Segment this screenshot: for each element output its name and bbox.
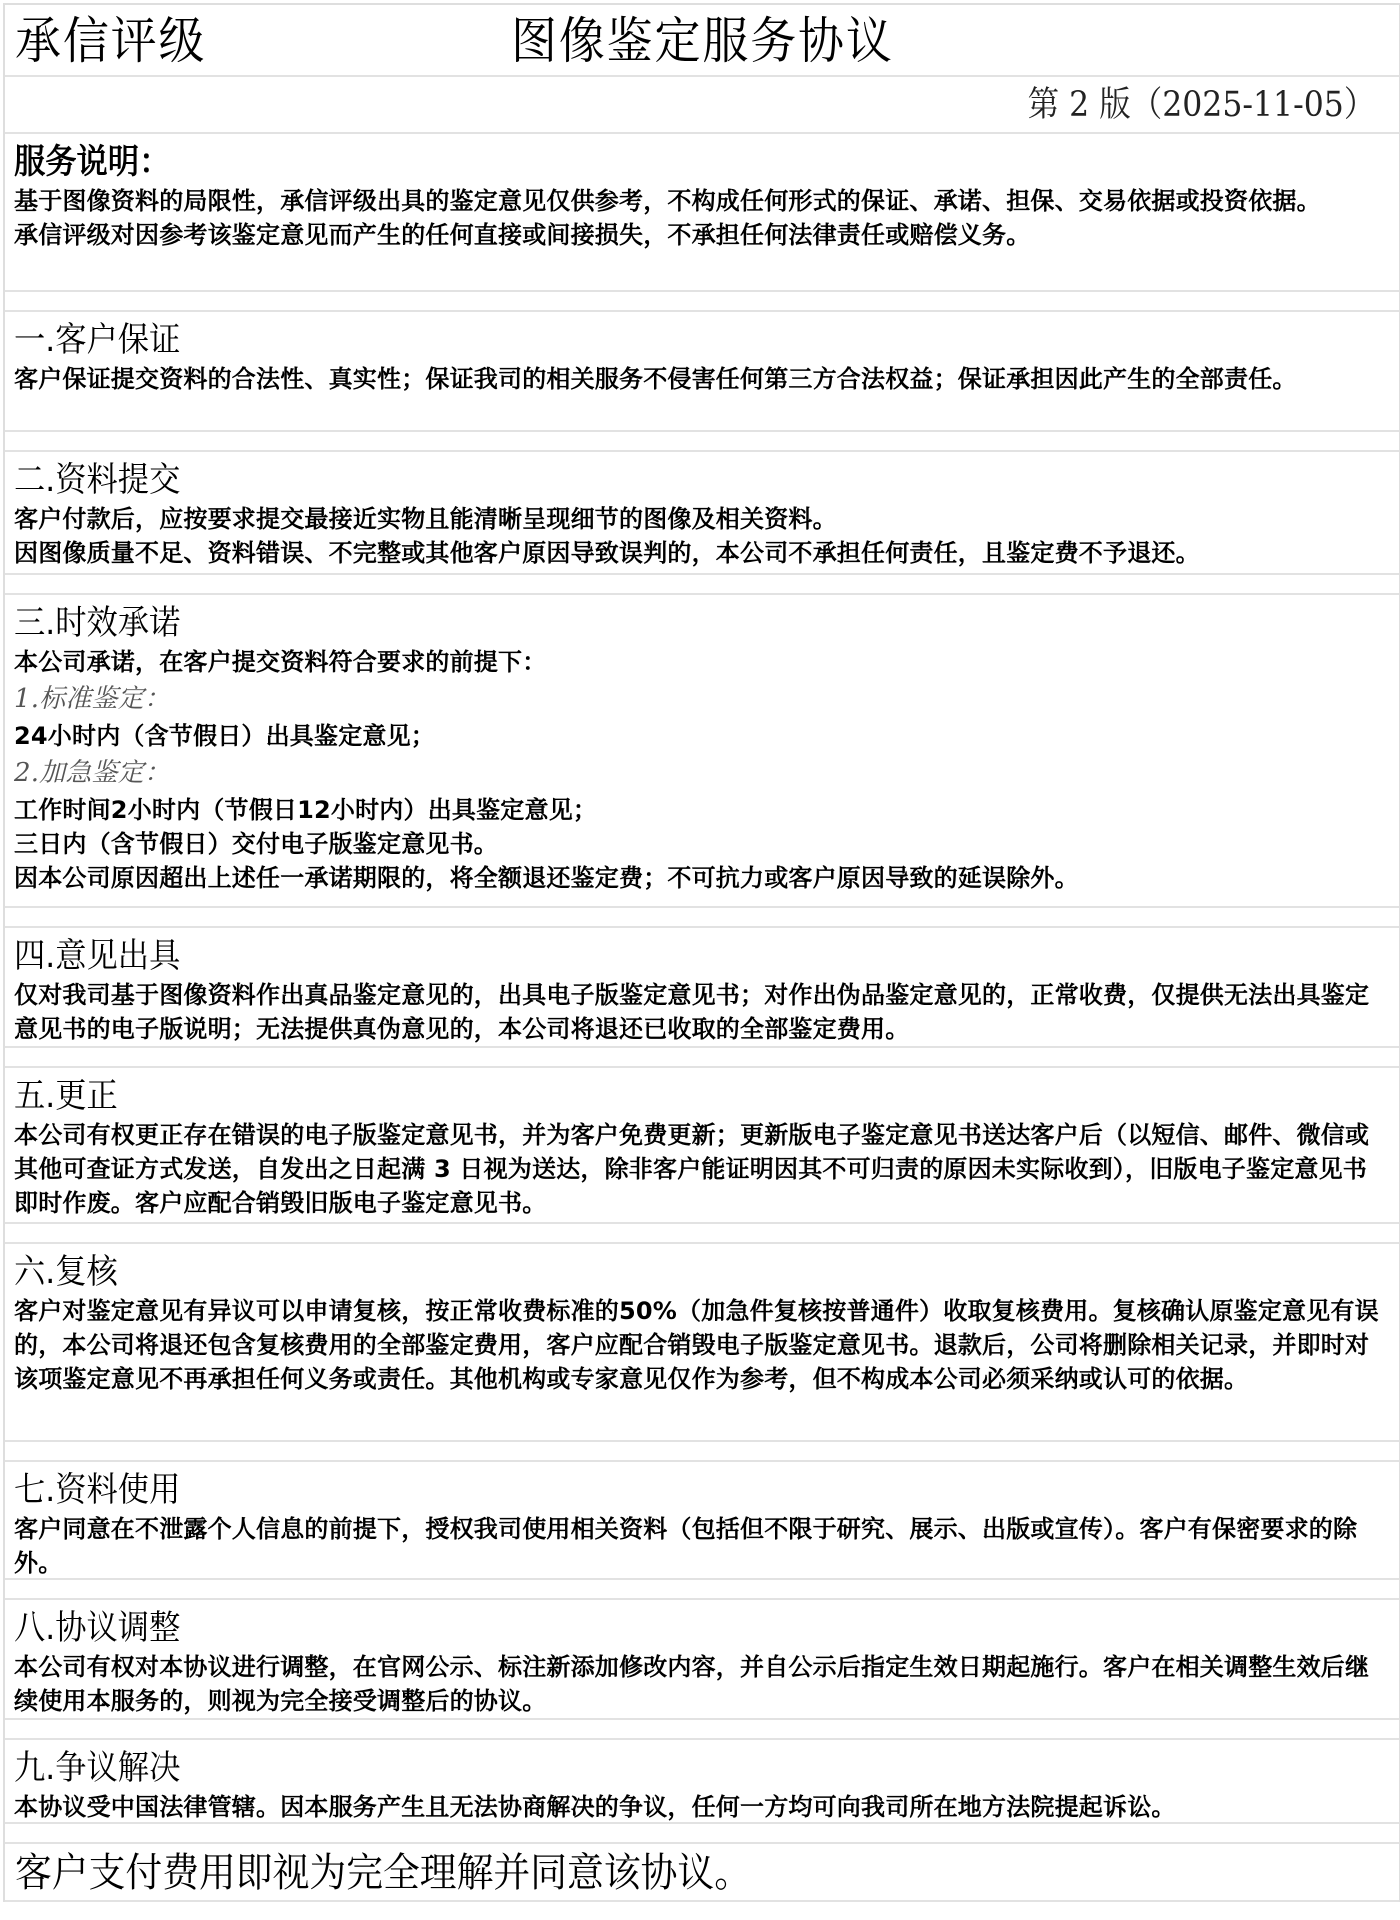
section-heading: 服务说明： <box>14 140 1288 184</box>
section-material-usage: 七.资料使用 客户同意在不泄露个人信息的前提下，授权我司使用相关资料（包括但不限… <box>5 1462 1399 1580</box>
section-paragraph: 因图像质量不足、资料错误、不完整或其他客户原因导致误判的，本公司不承担任何责任，… <box>14 536 1399 570</box>
spacer-row <box>5 908 1399 928</box>
section-paragraph: 本公司有权对本协议进行调整，在官网公示、标注新添加修改内容，并自公示后指定生效日… <box>14 1650 1399 1718</box>
document-title: 图像鉴定服务协议 <box>511 11 894 71</box>
section-paragraph: 工作时间2小时内（节假日12小时内）出具鉴定意见； <box>14 793 1399 827</box>
section-dispute-resolution: 九.争议解决 本协议受中国法律管辖。因本服务产生且无法协商解决的争议，任何一方均… <box>5 1740 1399 1824</box>
section-paragraph: 承信评级对因参考该鉴定意见而产生的任何直接或间接损失，不承担任何法律责任或赔偿义… <box>14 218 1399 252</box>
spacer-row <box>5 1824 1399 1844</box>
section-intro: 服务说明： 基于图像资料的局限性，承信评级出具的鉴定意见仅供参考，不构成任何形式… <box>5 134 1399 292</box>
spacer-row <box>5 1580 1399 1600</box>
section-review: 六.复核 客户对鉴定意见有异议可以申请复核，按正常收费标准的50%（加急件复核按… <box>5 1244 1399 1442</box>
section-correction: 五.更正 本公司有权更正存在错误的电子版鉴定意见书，并为客户免费更新；更新版电子… <box>5 1068 1399 1224</box>
section-heading: 三.时效承诺 <box>14 601 1288 645</box>
acceptance-statement: 客户支付费用即视为完全理解并同意该协议。 <box>15 1848 751 1898</box>
section-heading: 四.意见出具 <box>14 934 1288 978</box>
spacer-row <box>5 1224 1399 1244</box>
section-material-submission: 二.资料提交 客户付款后，应按要求提交最接近实物且能清晰呈现细节的图像及相关资料… <box>5 452 1399 575</box>
spacer-row <box>5 1720 1399 1740</box>
version-row: 第 2 版（2025-11-05） <box>5 77 1399 134</box>
section-heading: 七.资料使用 <box>14 1468 1288 1512</box>
version-label: 第 2 版（2025-11-05） <box>1027 85 1375 125</box>
spacer-row <box>5 1442 1399 1462</box>
section-timeliness: 三.时效承诺 本公司承诺，在客户提交资料符合要求的前提下： 1.标准鉴定： 24… <box>5 595 1399 908</box>
section-heading: 二.资料提交 <box>14 458 1288 502</box>
section-paragraph: 三日内（含节假日）交付电子版鉴定意见书。 <box>14 827 1399 861</box>
section-heading: 一.客户保证 <box>14 318 1288 362</box>
section-paragraph: 客户保证提交资料的合法性、真实性；保证我司的相关服务不侵害任何第三方合法权益；保… <box>14 362 1399 396</box>
spacer-row <box>5 1048 1399 1068</box>
section-paragraph: 本公司有权更正存在错误的电子版鉴定意见书，并为客户免费更新；更新版电子鉴定意见书… <box>14 1118 1399 1220</box>
section-agreement-adjustment: 八.协议调整 本公司有权对本协议进行调整，在官网公示、标注新添加修改内容，并自公… <box>5 1600 1399 1720</box>
section-paragraph: 客户同意在不泄露个人信息的前提下，授权我司使用相关资料（包括但不限于研究、展示、… <box>14 1512 1399 1580</box>
section-paragraph: 基于图像资料的局限性，承信评级出具的鉴定意见仅供参考，不构成任何形式的保证、承诺… <box>14 184 1399 218</box>
agreement-sheet: 承信评级 图像鉴定服务协议 第 2 版（2025-11-05） 服务说明： 基于… <box>3 3 1400 1902</box>
section-customer-guarantee: 一.客户保证 客户保证提交资料的合法性、真实性；保证我司的相关服务不侵害任何第三… <box>5 312 1399 432</box>
section-heading: 九.争议解决 <box>14 1746 1288 1790</box>
section-heading: 六.复核 <box>14 1250 1288 1294</box>
section-paragraph: 24小时内（含节假日）出具鉴定意见； <box>14 719 1399 753</box>
spacer-row <box>5 432 1399 452</box>
urgent-appraisal-label: 2.加急鉴定： <box>14 753 1399 793</box>
spacer-row <box>5 575 1399 595</box>
section-paragraph: 客户付款后，应按要求提交最接近实物且能清晰呈现细节的图像及相关资料。 <box>14 502 1399 536</box>
section-paragraph: 本协议受中国法律管辖。因本服务产生且无法协商解决的争议，任何一方均可向我司所在地… <box>14 1790 1399 1824</box>
standard-appraisal-label: 1.标准鉴定： <box>14 679 1399 719</box>
section-paragraph: 本公司承诺，在客户提交资料符合要求的前提下： <box>14 645 1399 679</box>
company-name: 承信评级 <box>15 11 206 71</box>
section-paragraph: 仅对我司基于图像资料作出真品鉴定意见的，出具电子版鉴定意见书；对作出伪品鉴定意见… <box>14 978 1399 1046</box>
section-paragraph: 因本公司原因超出上述任一承诺期限的，将全额退还鉴定费；不可抗力或客户原因导致的延… <box>14 861 1399 895</box>
section-paragraph: 客户对鉴定意见有异议可以申请复核，按正常收费标准的50%（加急件复核按普通件）收… <box>14 1294 1399 1396</box>
title-row: 承信评级 图像鉴定服务协议 <box>5 5 1399 77</box>
footer-row: 客户支付费用即视为完全理解并同意该协议。 <box>5 1844 1399 1902</box>
section-heading: 五.更正 <box>14 1074 1288 1118</box>
section-opinion-issuance: 四.意见出具 仅对我司基于图像资料作出真品鉴定意见的，出具电子版鉴定意见书；对作… <box>5 928 1399 1048</box>
section-heading: 八.协议调整 <box>14 1606 1288 1650</box>
spacer-row <box>5 292 1399 312</box>
